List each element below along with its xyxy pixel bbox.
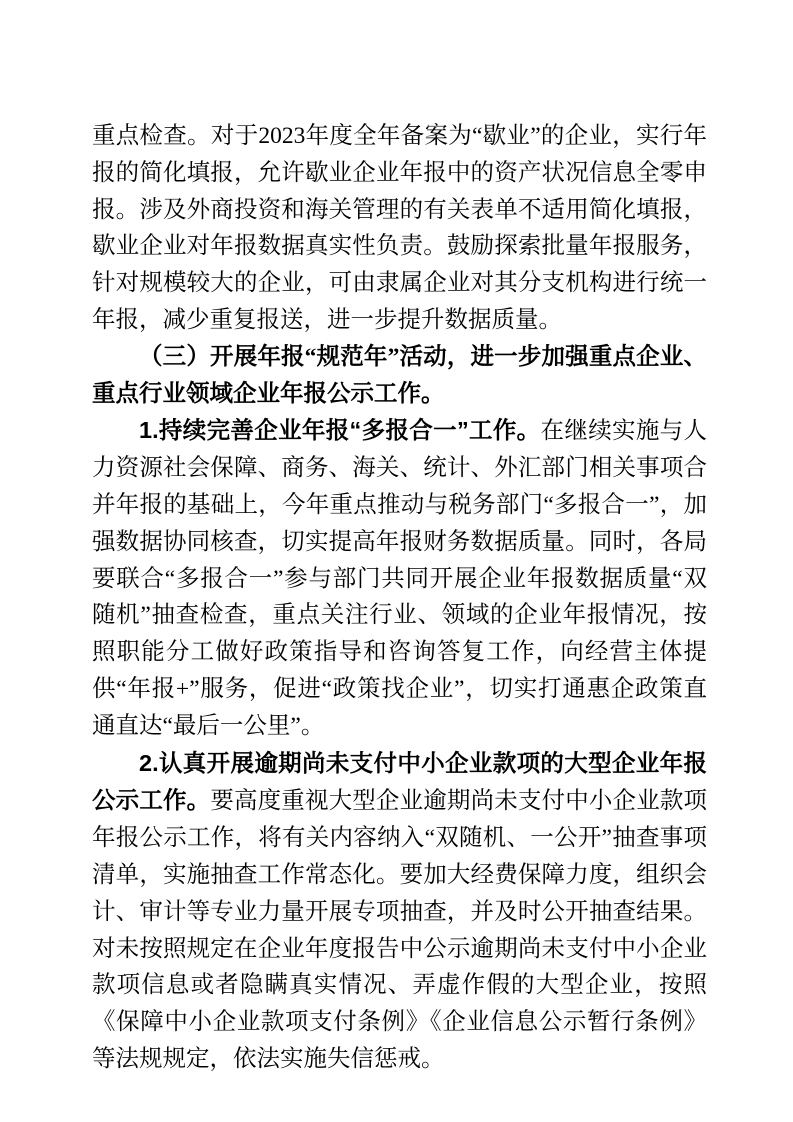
paragraph-text: 重点检查。对于2023年度全年备案为“歇业”的企业，实行年报的简化填报，允许歇业… (92, 123, 707, 333)
numbered-item-1-lead: 1.持续完善企业年报“多报合一”工作。 (139, 417, 541, 443)
numbered-item-1: 1.持续完善企业年报“多报合一”工作。在继续实施与人力资源社会保障、商务、海关、… (92, 412, 707, 744)
document-page: 重点检查。对于2023年度全年备案为“歇业”的企业，实行年报的简化填报，允许歇业… (0, 0, 793, 1122)
continuation-paragraph: 重点检查。对于2023年度全年备案为“歇业”的企业，实行年报的简化填报，允许歇业… (92, 118, 707, 339)
section-heading-text: （三）开展年报“规范年”活动，进一步加强重点企业、重点行业领域企业年报公示工作。 (92, 344, 707, 407)
numbered-item-2: 2.认真开展逾期尚未支付中小企业款项的大型企业年报公示工作。要高度重视大型企业逾… (92, 745, 707, 1078)
numbered-item-2-text: 要高度重视大型企业逾期尚未支付中小企业款项年报公示工作，将有关内容纳入“双随机、… (92, 788, 707, 1072)
numbered-item-1-text: 在继续实施与人力资源社会保障、商务、海关、统计、外汇部门相关事项合并年报的基础上… (92, 418, 707, 738)
section-heading: （三）开展年报“规范年”活动，进一步加强重点企业、重点行业领域企业年报公示工作。 (92, 339, 707, 413)
